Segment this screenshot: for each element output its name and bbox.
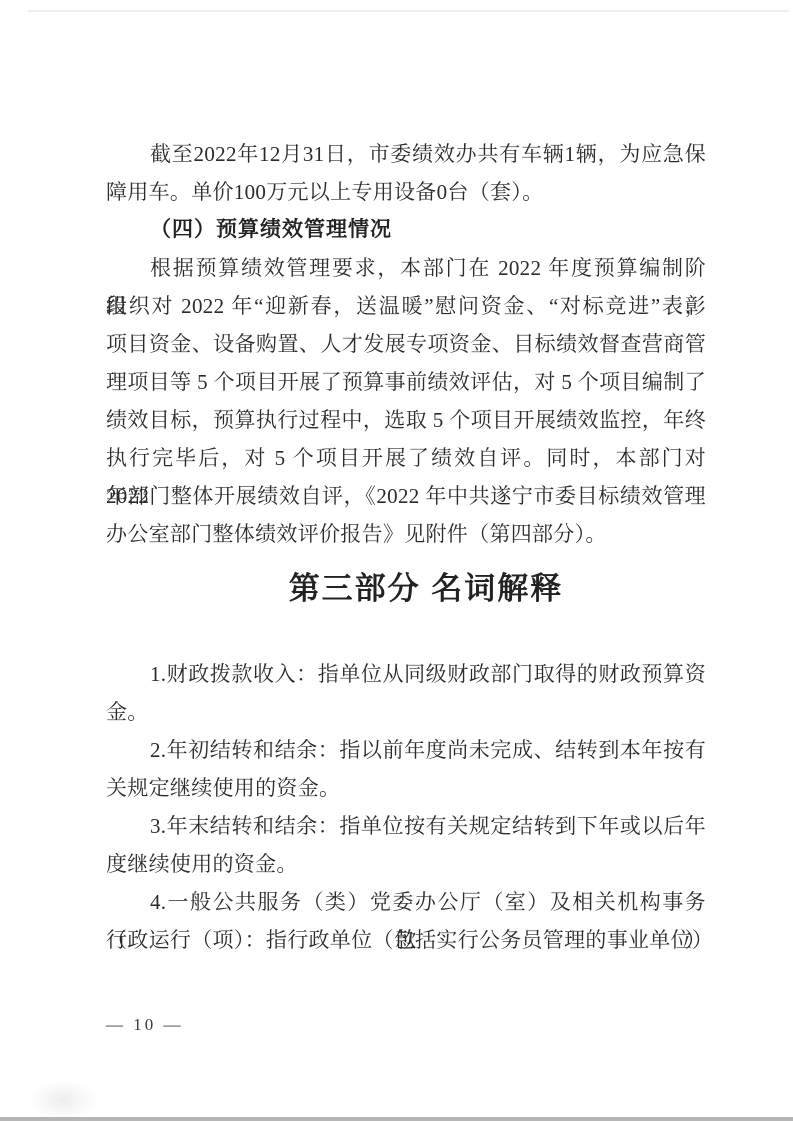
scan-artifact-smudge [28, 1080, 98, 1120]
paragraph-line: 根据预算绩效管理要求，本部门在 2022 年度预算编制阶段， [106, 249, 706, 287]
page-number: — 10 — [106, 1010, 184, 1040]
section-4-heading: （四）预算绩效管理情况 [106, 211, 706, 249]
paragraph-line: 障用车。单价100万元以上专用设备0台（套）。 [106, 173, 706, 211]
definition-line: 行政运行（项）：指行政单位（包括实行公务员管理的事业单位） [106, 921, 706, 959]
paragraph-line: 项目资金、设备购置、人才发展专项资金、目标绩效督查营商管 [106, 325, 706, 363]
definition-line: 金。 [106, 693, 706, 731]
definition-line: 关规定继续使用的资金。 [106, 769, 706, 807]
definition-line: 4.一般公共服务（类）党委办公厅（室）及相关机构事务（款） [106, 883, 706, 921]
scan-artifact-bottom-strip [0, 1117, 793, 1121]
paragraph-line: 理项目等 5 个项目开展了预算事前绩效评估，对 5 个项目编制了 [106, 363, 706, 401]
paragraph-line: 年部门整体开展绩效自评，《2022 年中共遂宁市委目标绩效管理 [106, 477, 706, 515]
body-text-definitions: 1.财政拨款收入：指单位从同级财政部门取得的财政预算资 金。 2.年初结转和结余… [106, 655, 706, 959]
definition-line: 3.年末结转和结余：指单位按有关规定结转到下年或以后年 [106, 807, 706, 845]
paragraph-line: 组织对 2022 年“迎新春，送温暖”慰问资金、“对标竞进”表彰 [106, 287, 706, 325]
paragraph-line: 绩效目标，预算执行过程中，选取 5 个项目开展绩效监控，年终 [106, 401, 706, 439]
part-3-title: 第三部分 名词解释 [126, 566, 726, 612]
definition-line: 度继续使用的资金。 [106, 845, 706, 883]
definition-line: 2.年初结转和结余：指以前年度尚未完成、结转到本年按有 [106, 731, 706, 769]
paragraph-line: 办公室部门整体绩效评价报告》见附件（第四部分）。 [106, 515, 706, 553]
paragraph-line: 截至2022年12月31日，市委绩效办共有车辆1辆，为应急保 [106, 135, 706, 173]
document-page: 截至2022年12月31日，市委绩效办共有车辆1辆，为应急保 障用车。单价100… [0, 0, 793, 1121]
scan-artifact-top-line [28, 10, 789, 12]
definition-line: 1.财政拨款收入：指单位从同级财政部门取得的财政预算资 [106, 655, 706, 693]
paragraph-line: 执行完毕后，对 5 个项目开展了绩效自评。同时，本部门对 2022 [106, 439, 706, 477]
body-text-upper: 截至2022年12月31日，市委绩效办共有车辆1辆，为应急保 障用车。单价100… [106, 135, 706, 553]
